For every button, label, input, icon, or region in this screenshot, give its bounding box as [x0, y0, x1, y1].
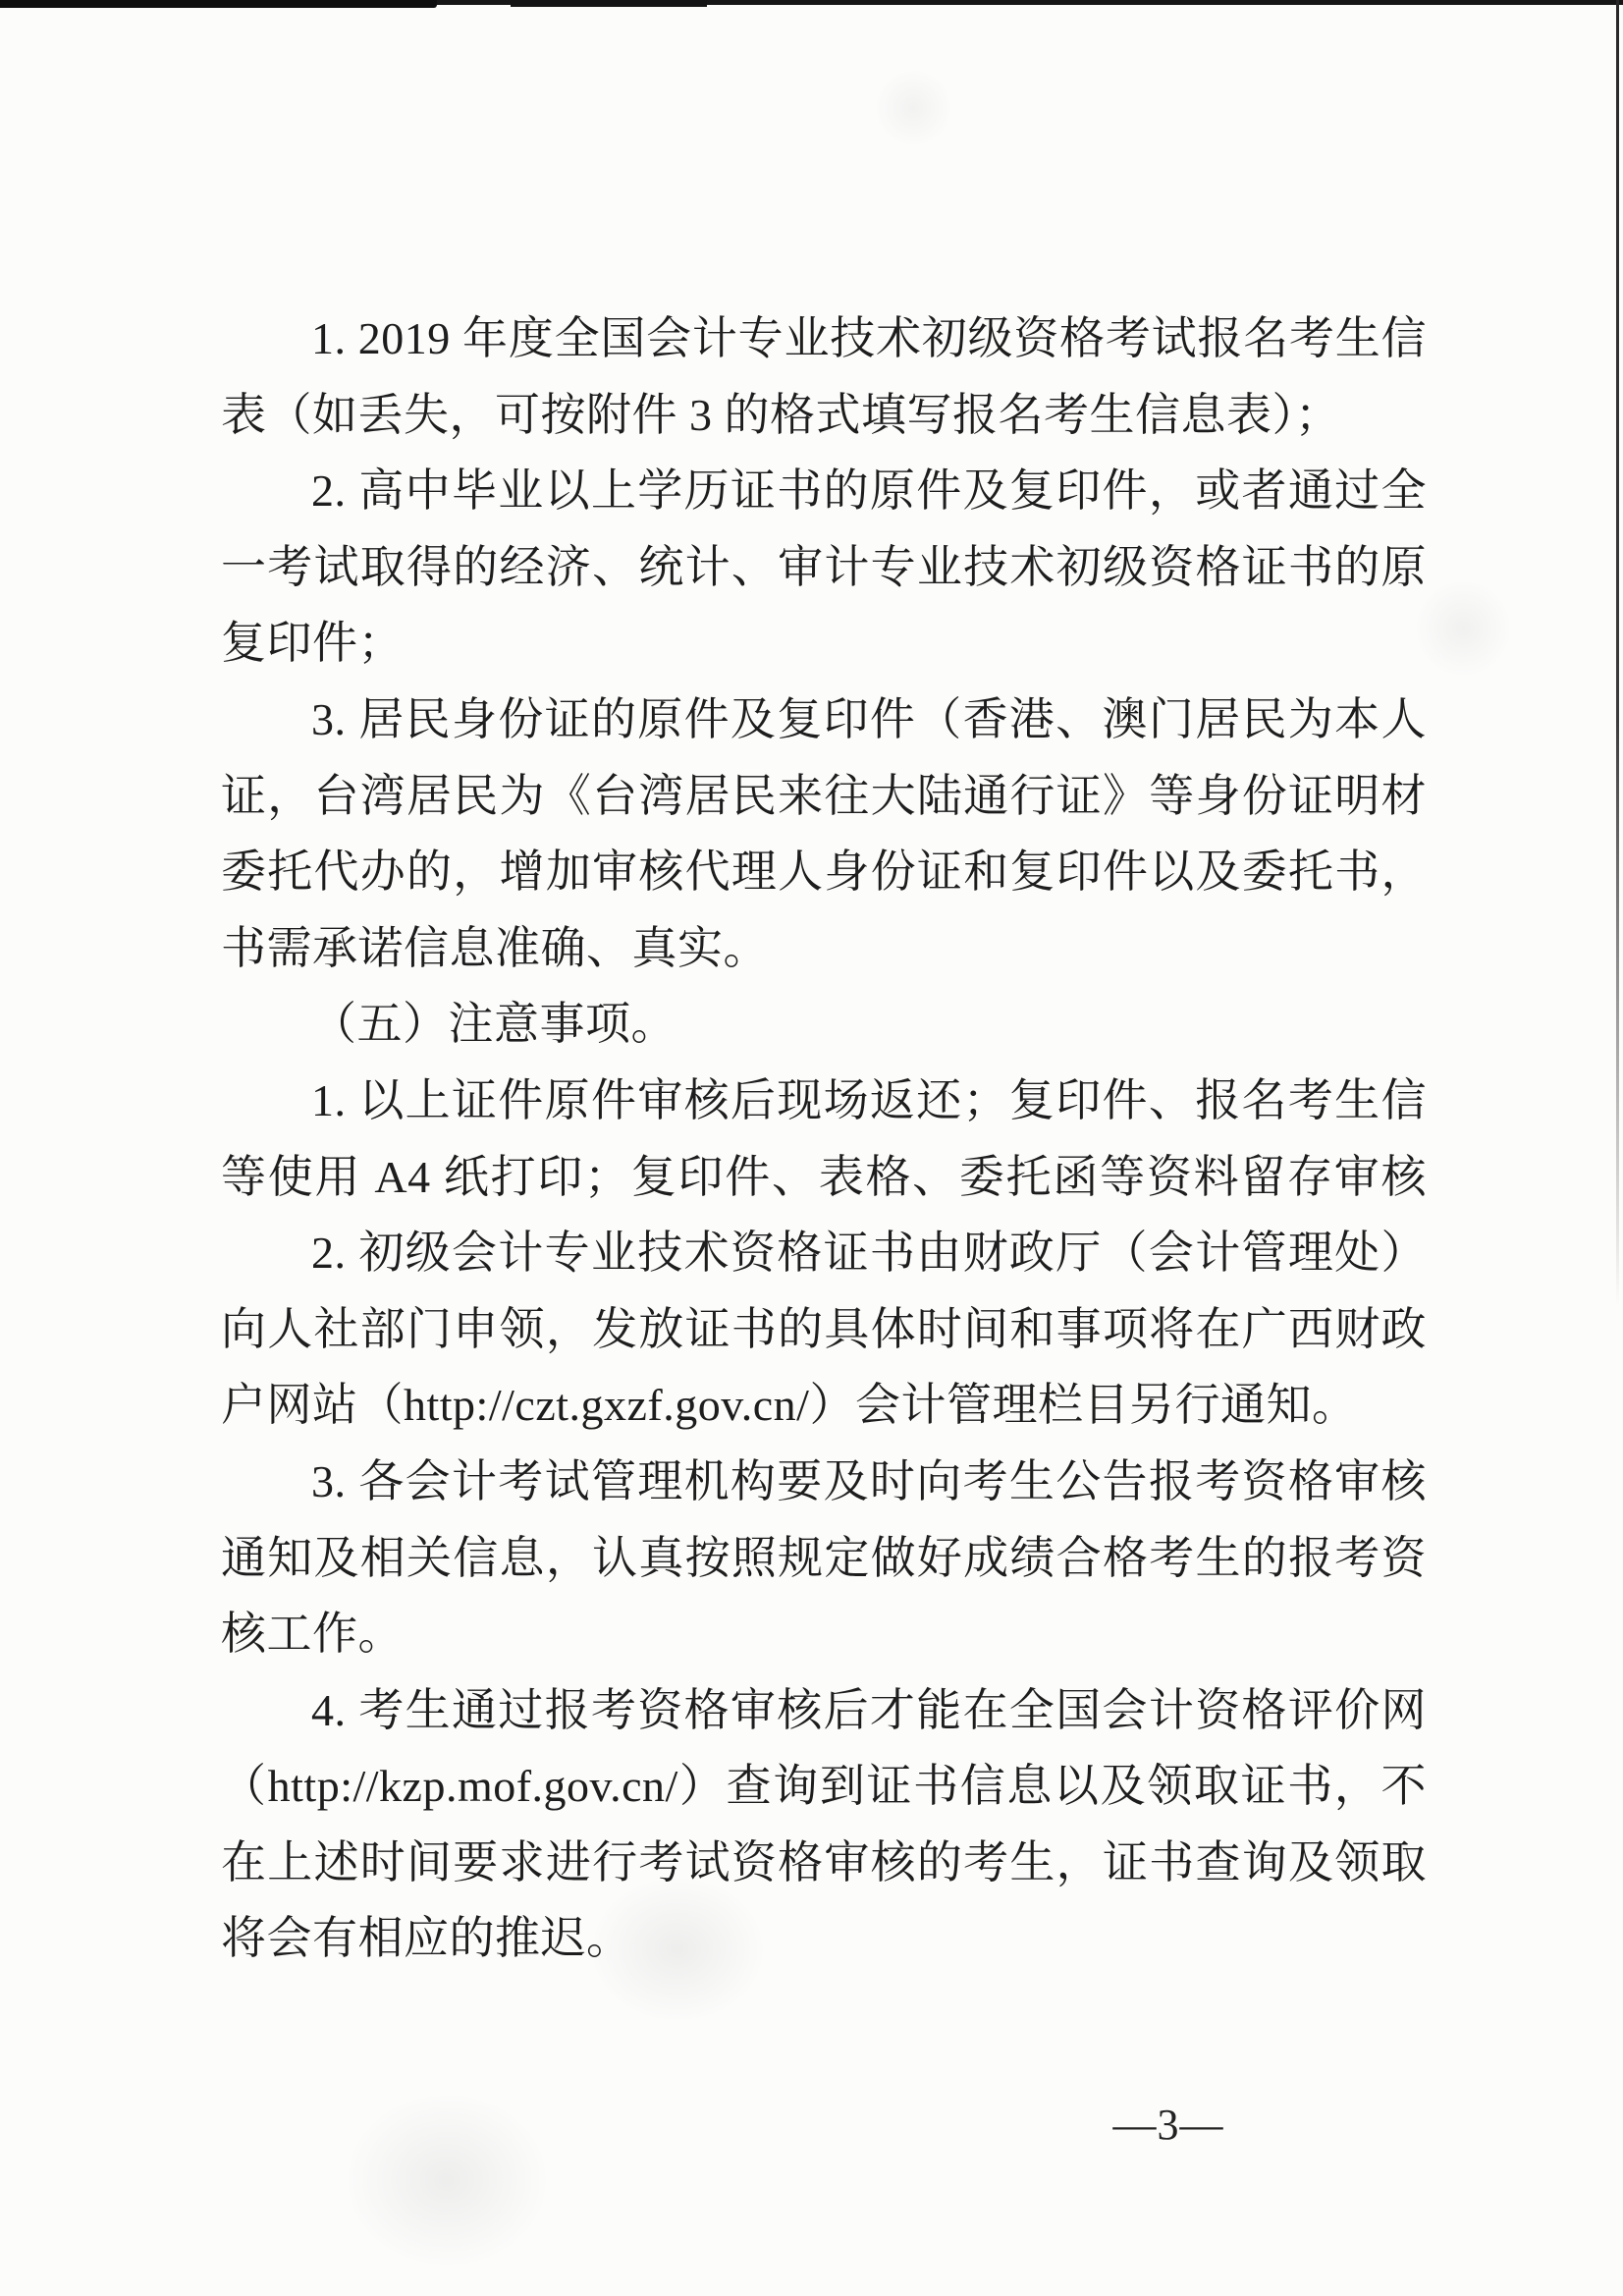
- scan-edge-top-mid-segment: [511, 0, 707, 7]
- document-body: 1. 2019 年度全国会计专业技术初级资格考试报名考生信息 表（如丢失，可按附…: [221, 301, 1427, 1977]
- text-line: 2. 高中毕业以上学历证书的原件及复印件，或者通过全国统: [221, 453, 1427, 529]
- text-line: 向人社部门申领，发放证书的具体时间和事项将在广西财政厅门: [221, 1291, 1427, 1368]
- scan-edge-right: [1616, 0, 1619, 1306]
- text-line: 1. 以上证件原件审核后现场返还；复印件、报名考生信息表: [221, 1063, 1427, 1139]
- scan-edge-top-thick-segment: [0, 0, 437, 8]
- text-line: 等使用 A4 纸打印；复印件、表格、委托函等资料留存审核地点。: [221, 1139, 1427, 1216]
- text-line: 3. 各会计考试管理机构要及时向考生公告报考资格审核的: [221, 1444, 1427, 1520]
- text-line: 在上述时间要求进行考试资格审核的考生，证书查询及领取时间: [221, 1825, 1427, 1901]
- text-line: 1. 2019 年度全国会计专业技术初级资格考试报名考生信息: [221, 301, 1427, 377]
- text-line: 复印件；: [221, 605, 1427, 682]
- text-line: 表（如丢失，可按附件 3 的格式填写报名考生信息表）；: [221, 377, 1427, 454]
- text-line: 3. 居民身份证的原件及复印件（香港、澳门居民为本人居民: [221, 682, 1427, 758]
- text-line: 委托代办的，增加审核代理人身份证和复印件以及委托书，委托: [221, 834, 1427, 910]
- text-line: （http://kzp.mof.gov.cn/）查询到证书信息以及领取证书，不: [221, 1748, 1427, 1825]
- text-line: 核工作。: [221, 1596, 1427, 1672]
- page-number: —3—: [1090, 2100, 1247, 2151]
- section-heading-line: （五）注意事项。: [221, 986, 1427, 1063]
- paper-smudge: [344, 2092, 550, 2269]
- text-line: 4. 考生通过报考资格审核后才能在全国会计资格评价网站: [221, 1672, 1427, 1749]
- paper-smudge: [1414, 579, 1512, 678]
- text-line: 一考试取得的经济、统计、审计专业技术初级资格证书的原件及: [221, 529, 1427, 606]
- scanned-document-page: { "page": { "width_px": 1653, "height_px…: [0, 0, 1623, 2296]
- text-line: 2. 初级会计专业技术资格证书由财政厅（会计管理处）负责: [221, 1215, 1427, 1291]
- paper-smudge: [874, 69, 952, 147]
- text-line: 户网站（http://czt.gxzf.gov.cn/）会计管理栏目另行通知。: [221, 1367, 1427, 1444]
- text-line: 证，台湾居民为《台湾居民来往大陆通行证》等身份证明材料）；: [221, 758, 1427, 835]
- text-line: 通知及相关信息，认真按照规定做好成绩合格考生的报考资格审: [221, 1520, 1427, 1597]
- text-line: 将会有相应的推迟。: [221, 1900, 1427, 1977]
- text-line: 书需承诺信息准确、真实。: [221, 910, 1427, 987]
